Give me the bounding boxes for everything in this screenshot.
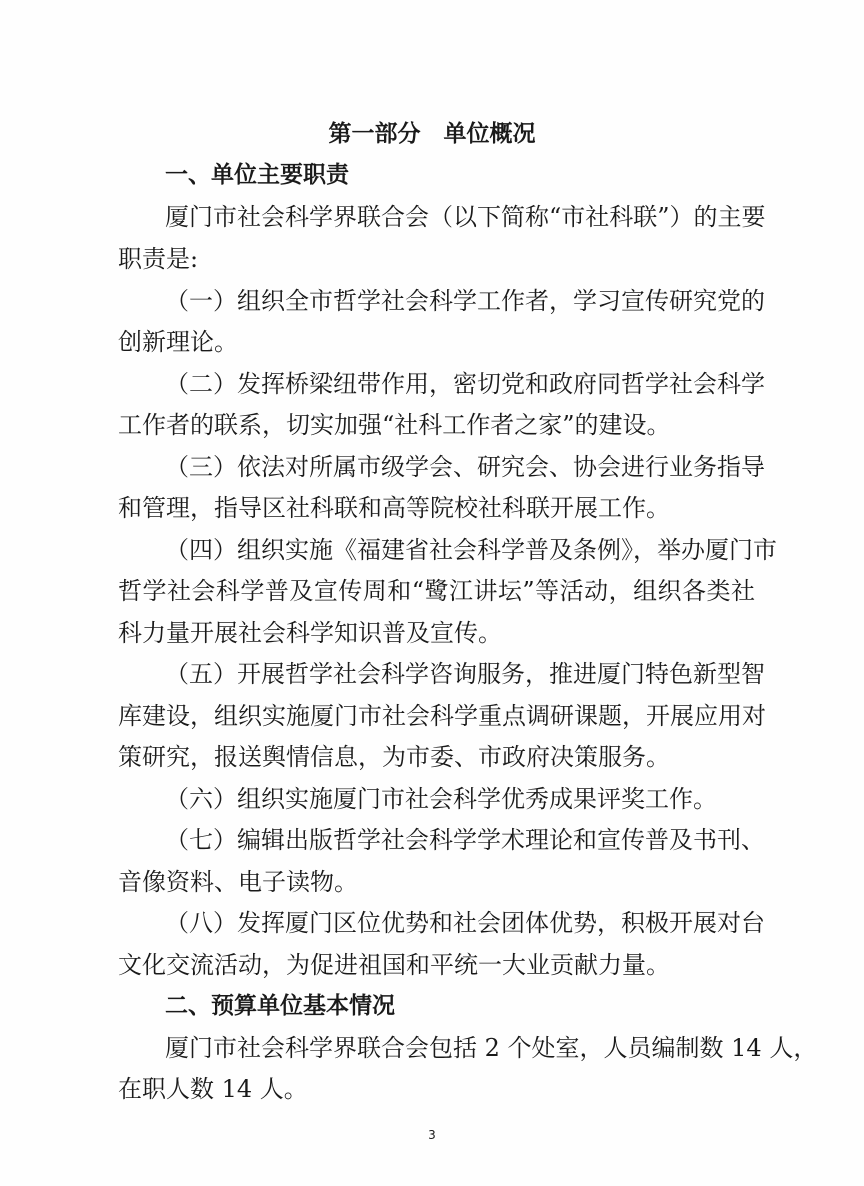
duty-2-line: （二）发挥桥梁纽带作用，密切党和政府同哲学社会科学	[165, 367, 755, 401]
section-heading-1: 一、单位主要职责	[165, 158, 349, 192]
duty-4-line: 哲学社会科学普及宣传周和“鹭江讲坛”等活动，组织各类社	[118, 574, 755, 608]
section2-line: 在职人数 14 人。	[118, 1072, 755, 1106]
document-page: 第一部分 单位概况 一、单位主要职责 厦门市社会科学界联合会（以下简称“市社科联…	[0, 0, 864, 1186]
duty-5-line: 策研究，报送舆情信息，为市委、市政府决策服务。	[118, 740, 755, 774]
intro-line: 厦门市社会科学界联合会（以下简称“市社科联”）的主要	[165, 200, 755, 234]
section-heading-2: 二、预算单位基本情况	[165, 989, 395, 1023]
duty-1-line: （一）组织全市哲学社会科学工作者，学习宣传研究党的	[165, 284, 755, 318]
duty-6-line: （六）组织实施厦门市社会科学优秀成果评奖工作。	[165, 782, 755, 816]
duty-2-line: 工作者的联系，切实加强“社科工作者之家”的建设。	[118, 408, 755, 442]
duty-1-line: 创新理论。	[118, 325, 755, 359]
duty-8-line: （八）发挥厦门区位优势和社会团体优势，积极开展对台	[165, 906, 755, 940]
duty-5-line: 库建设，组织实施厦门市社会科学重点调研课题，开展应用对	[118, 699, 755, 733]
duty-4-line: 科力量开展社会科学知识普及宣传。	[118, 616, 755, 650]
duty-5-line: （五）开展哲学社会科学咨询服务，推进厦门特色新型智	[165, 657, 755, 691]
duty-3-line: 和管理，指导区社科联和高等院校社科联开展工作。	[118, 491, 755, 525]
duty-4-line: （四）组织实施《福建省社会科学普及条例》，举办厦门市	[165, 533, 755, 567]
duty-3-line: （三）依法对所属市级学会、研究会、协会进行业务指导	[165, 450, 755, 484]
duty-7-line: （七）编辑出版哲学社会科学学术理论和宣传普及书刊、	[165, 823, 755, 857]
duty-7-line: 音像资料、电子读物。	[118, 865, 755, 899]
page-title: 第一部分 单位概况	[0, 117, 864, 151]
intro-line: 职责是:	[118, 242, 755, 276]
page-number: 3	[0, 1128, 864, 1142]
duty-8-line: 文化交流活动，为促进祖国和平统一大业贡献力量。	[118, 948, 755, 982]
section2-line: 厦门市社会科学界联合会包括 2 个处室，人员编制数 14 人，	[165, 1031, 755, 1065]
